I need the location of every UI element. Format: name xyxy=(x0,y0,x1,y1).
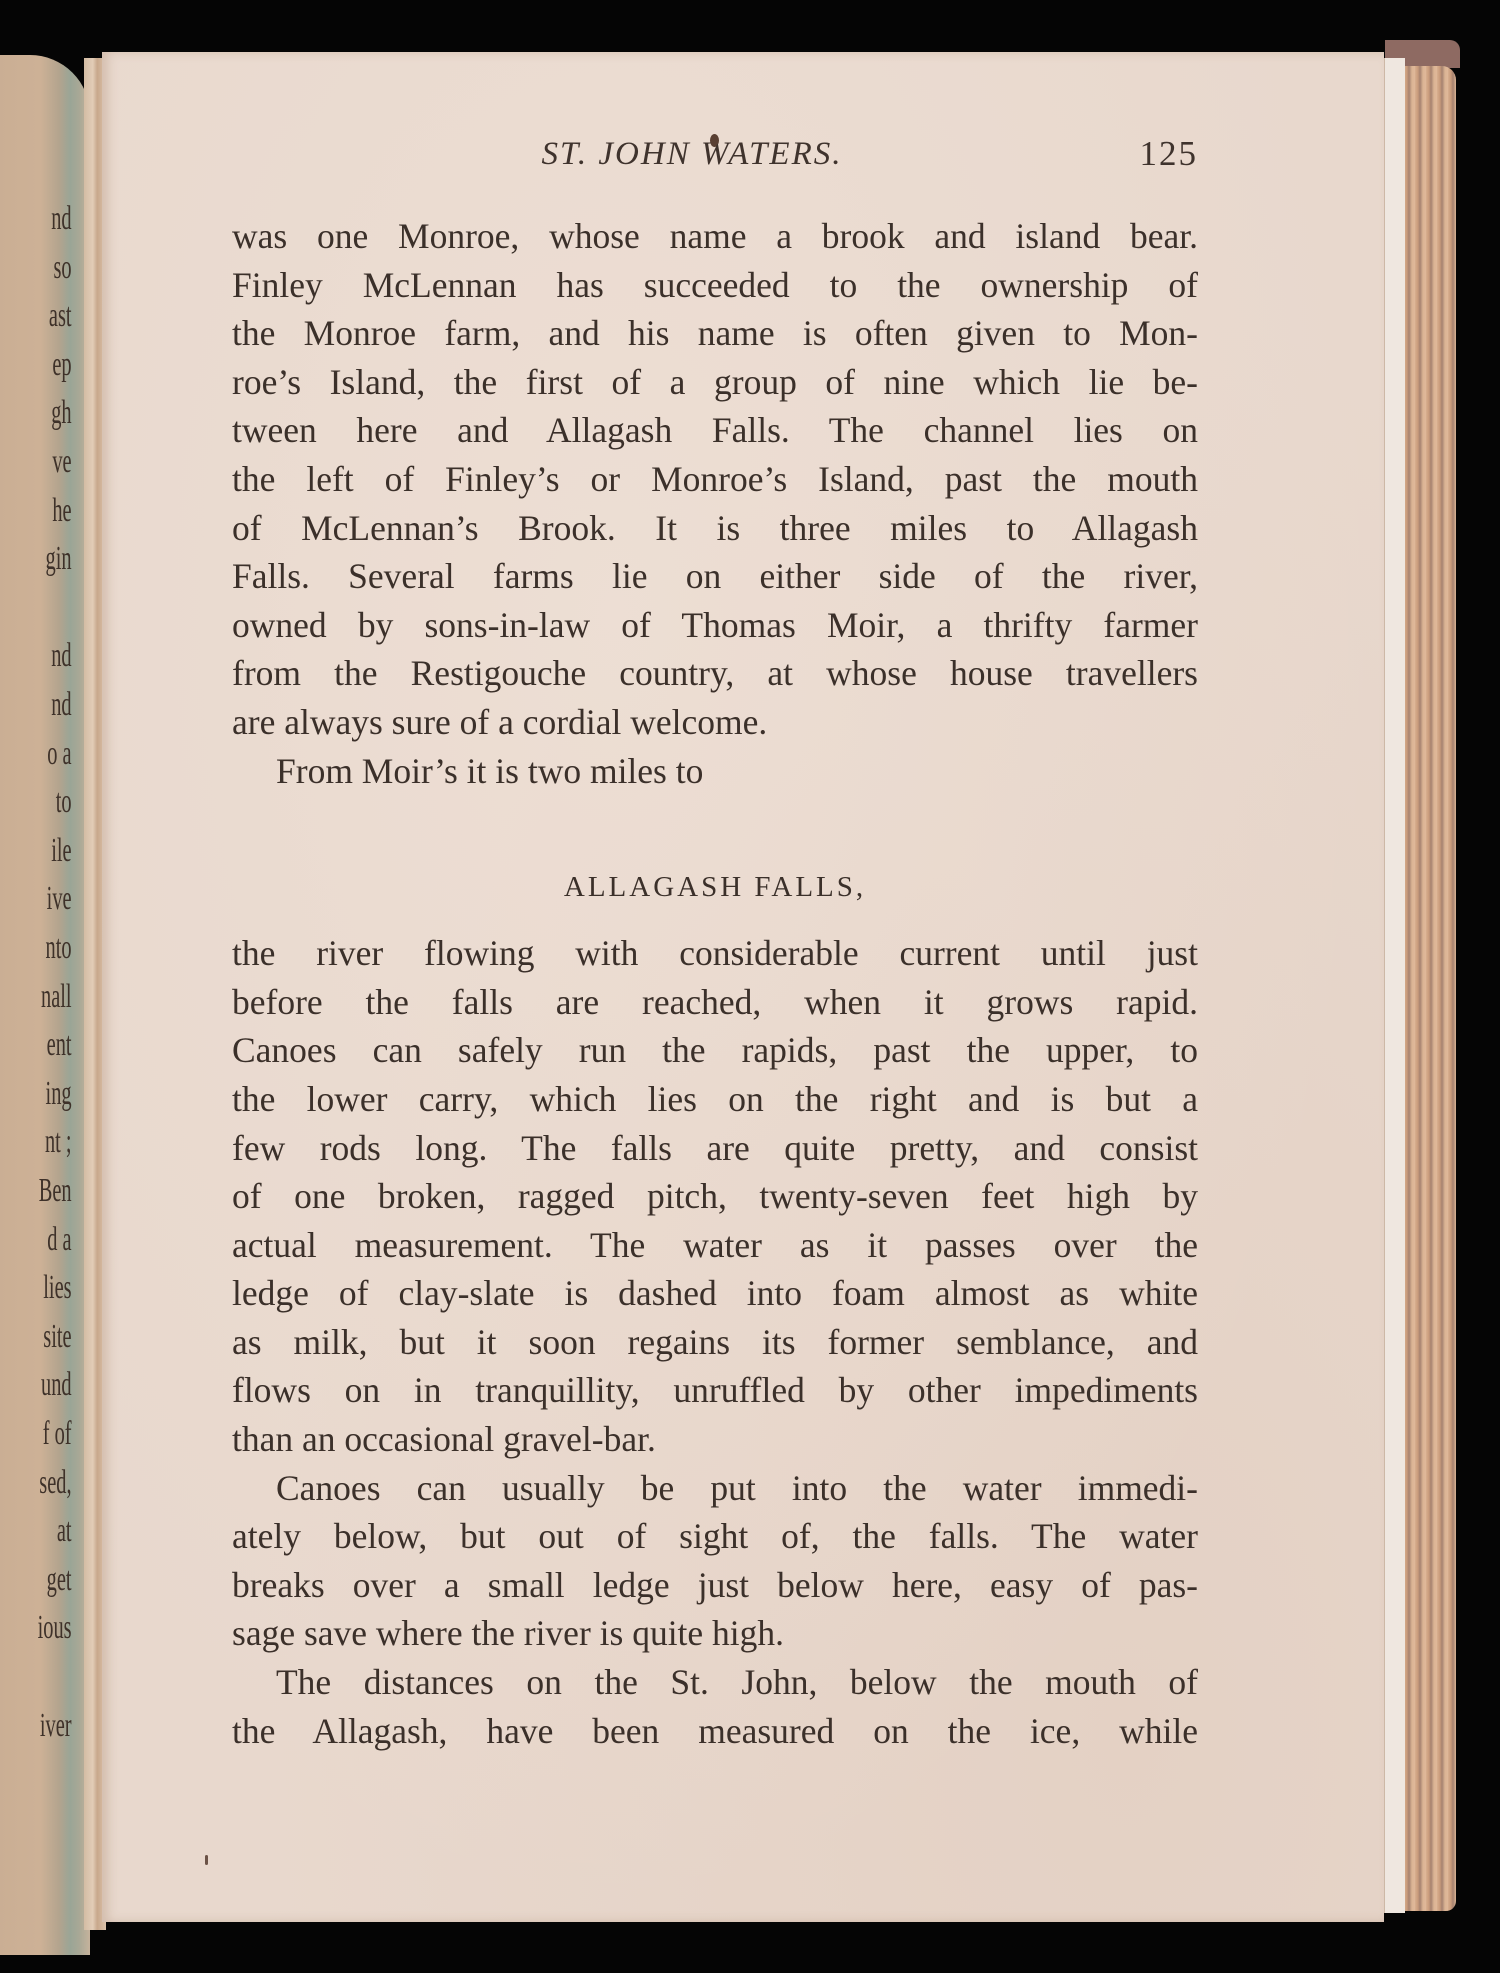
left-page-text-fragment: nd xyxy=(20,681,80,730)
text-line: than an occasional gravel-bar. xyxy=(232,1415,1198,1464)
left-page-text-fragment: nto xyxy=(20,924,80,973)
text-line: roe’s Island, the first of a group of ni… xyxy=(232,358,1198,407)
left-page-text-fragment: ious xyxy=(20,1604,80,1653)
left-page-text-fragment: iver xyxy=(20,1702,80,1751)
left-page-text-fragment: gin xyxy=(20,535,80,584)
text-line: From Moir’s it is two miles to xyxy=(232,747,1198,796)
left-page-text-fragment: nd xyxy=(20,195,80,244)
text-line: Canoes can usually be put into the water… xyxy=(232,1464,1198,1513)
text-line: actual measurement. The water as it pass… xyxy=(232,1221,1198,1270)
stray-mark xyxy=(205,1855,208,1865)
left-page-text-fragment: f of xyxy=(20,1410,80,1459)
left-page-text-fragment: Ben xyxy=(20,1167,80,1216)
running-head: ST. JOHN WATERS. 125 xyxy=(232,128,1198,178)
left-page-text-fragment: he xyxy=(20,487,80,536)
paragraph: was one Monroe, whose name a brook and i… xyxy=(232,212,1198,747)
left-page-text-fragment: ent xyxy=(20,1021,80,1070)
text-line: owned by sons-in-law of Thomas Moir, a t… xyxy=(232,601,1198,650)
text-line: the river flowing with considerable curr… xyxy=(232,929,1198,978)
section-heading: ALLAGASH FALLS, xyxy=(232,825,1198,929)
text-line: Finley McLennan has succeeded to the own… xyxy=(232,261,1198,310)
text-line: the lower carry, which lies on the right… xyxy=(232,1075,1198,1124)
text-line: breaks over a small ledge just below her… xyxy=(232,1561,1198,1610)
page-edge xyxy=(1384,58,1405,1913)
running-title: ST. JOHN WATERS. xyxy=(232,136,1198,173)
text-line: sage save where the river is quite high. xyxy=(232,1609,1198,1658)
book-fore-edge xyxy=(1404,66,1456,1911)
left-page-text-fragment: ep xyxy=(20,341,80,390)
left-page-text-fragment: nt ; xyxy=(20,1118,80,1167)
text-line: of McLennan’s Brook. It is three miles t… xyxy=(232,504,1198,553)
text-line: Falls. Several farms lie on either side … xyxy=(232,552,1198,601)
left-page-text-fragment: ast xyxy=(20,292,80,341)
left-page-text-fragment: und xyxy=(20,1361,80,1410)
page-number: 125 xyxy=(1140,134,1199,174)
left-page-text-fragment: nd xyxy=(20,632,80,681)
left-page-text-fragment: sed, xyxy=(20,1459,80,1508)
text-line: tween here and Allagash Falls. The chann… xyxy=(232,406,1198,455)
text-line: are always sure of a cordial welcome. xyxy=(232,698,1198,747)
left-page-text-fragment: ive xyxy=(20,875,80,924)
text-line: Canoes can safely run the rapids, past t… xyxy=(232,1026,1198,1075)
left-page: ndsoastepghveheginndndo atoileiventonall… xyxy=(0,55,90,1955)
text-line: of one broken, ragged pitch, twenty-seve… xyxy=(232,1172,1198,1221)
paragraph: The distances on the St. John, below the… xyxy=(232,1658,1198,1755)
body-text: was one Monroe, whose name a brook and i… xyxy=(232,212,1198,1755)
text-line: flows on in tranquillity, unruffled by o… xyxy=(232,1366,1198,1415)
left-page-text-fragment: lies xyxy=(20,1264,80,1313)
left-page-text-fragment: so xyxy=(20,244,80,293)
left-page-text-fragment: site xyxy=(20,1313,80,1362)
left-page-text-fragment: nall xyxy=(20,973,80,1022)
text-line: as milk, but it soon regains its former … xyxy=(232,1318,1198,1367)
left-page-text-fragment: ve xyxy=(20,438,80,487)
paragraph: Canoes can usually be put into the water… xyxy=(232,1464,1198,1658)
paragraph: From Moir’s it is two miles to xyxy=(232,747,1198,796)
left-page-text-fragment: at xyxy=(20,1507,80,1556)
spacer xyxy=(232,795,1198,825)
text-line: ately below, but out of sight of, the fa… xyxy=(232,1512,1198,1561)
running-title-text: ST. JOHN WATERS. xyxy=(541,136,842,172)
text-line: before the falls are reached, when it gr… xyxy=(232,978,1198,1027)
text-line: was one Monroe, whose name a brook and i… xyxy=(232,212,1198,261)
left-page-text-fragment: get xyxy=(20,1556,80,1605)
text-line: from the Restigouche country, at whose h… xyxy=(232,649,1198,698)
left-page-text-fragment: ile xyxy=(20,827,80,876)
text-line: The distances on the St. John, below the… xyxy=(232,1658,1198,1707)
left-page-text-fragment: d a xyxy=(20,1216,80,1265)
left-page-text-fragment: to xyxy=(20,778,80,827)
left-page-text-fragment: ing xyxy=(20,1070,80,1119)
left-page-text-fragment: o a xyxy=(20,730,80,779)
text-line: the Allagash, have been measured on the … xyxy=(232,1707,1198,1756)
text-line: ledge of clay-slate is dashed into foam … xyxy=(232,1269,1198,1318)
left-page-text-fragment: gh xyxy=(20,389,80,438)
paragraph: the river flowing with considerable curr… xyxy=(232,929,1198,1464)
text-line: the Monroe farm, and his name is often g… xyxy=(232,309,1198,358)
text-line: few rods long. The falls are quite prett… xyxy=(232,1124,1198,1173)
text-line: the left of Finley’s or Monroe’s Island,… xyxy=(232,455,1198,504)
